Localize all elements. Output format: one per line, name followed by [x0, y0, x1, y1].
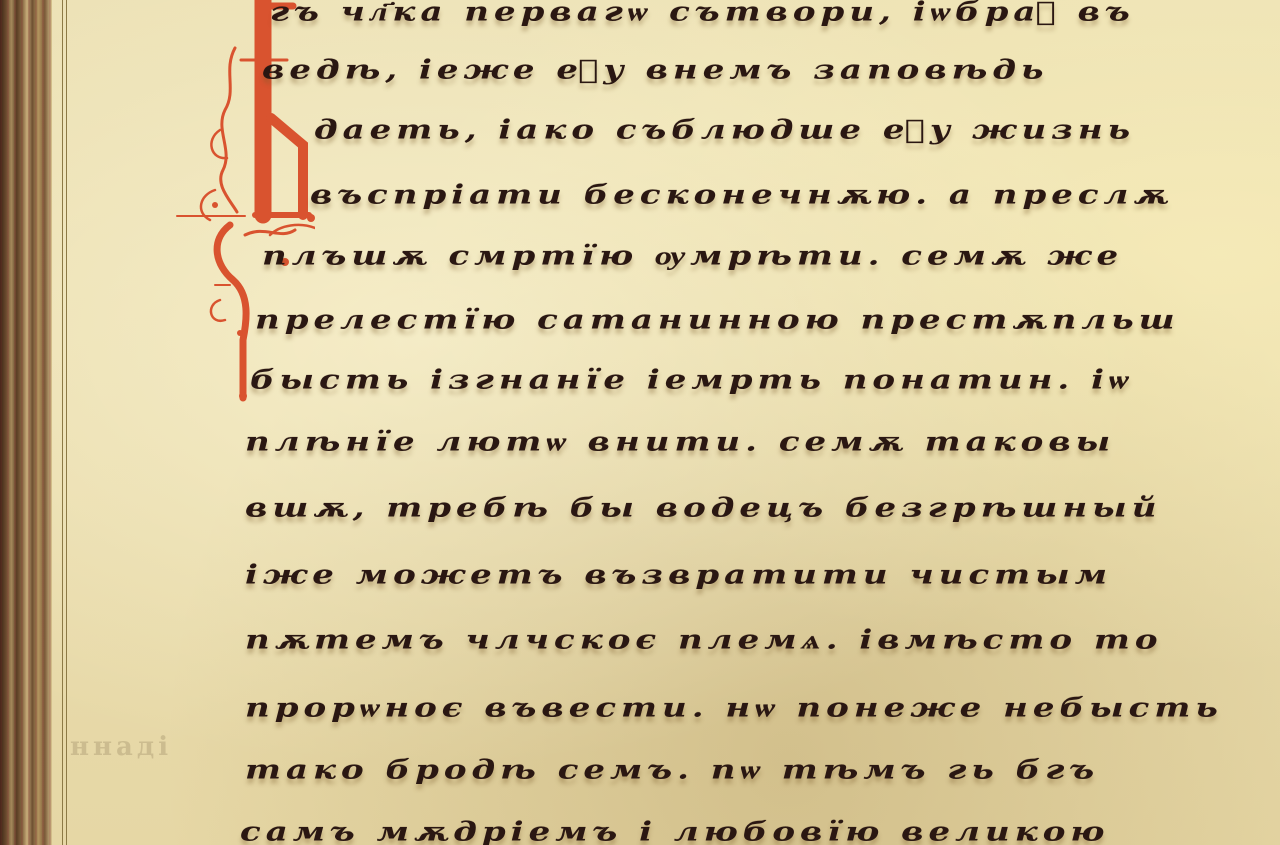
text-line: іже можетъ възвратити чистым: [245, 559, 1112, 590]
text-line: плъшѫ смртїю ѹмрѣти. семѫ же: [262, 240, 1123, 271]
text-line: бысть ізгнанїе іемрть понатин. іѡ: [250, 364, 1133, 395]
text-line: ведѣ, іеже еⷨу внемъ заповѣдь: [262, 54, 1048, 85]
margin-rule-line: [62, 0, 63, 845]
text-line: прорѡноє въвести. нѡ понеже небысть: [245, 692, 1223, 723]
text-line: самъ мѫдріемъ і любовїю великою: [240, 816, 1109, 845]
text-line: гъ чл҃ка первагѡ сътвори, іѡбраⷩ въ: [270, 0, 1135, 28]
text-line: въспріати бесконечнѫю. а преслѫ: [310, 179, 1173, 210]
book-binding-edge: [0, 0, 52, 845]
text-line: тако бродѣ семъ. пѡ тѣмъ гь бгъ: [245, 754, 1099, 785]
text-line: плѣнїе лютѡ внити. семѫ таковы: [245, 426, 1115, 457]
text-line: пѫтемъ члчскоє племѧ. івмѣсто то: [245, 624, 1163, 655]
text-line: вшѫ, требѣ бы водецъ безгрѣшный: [245, 492, 1161, 523]
text-line: даеть, іако съблюдше еⷨу жизнь: [314, 114, 1135, 145]
text-line: прелестїю сатанинною престѫпльш: [255, 304, 1180, 335]
margin-rule-line: [66, 0, 67, 845]
bleed-through-text: ннаді: [70, 732, 172, 762]
